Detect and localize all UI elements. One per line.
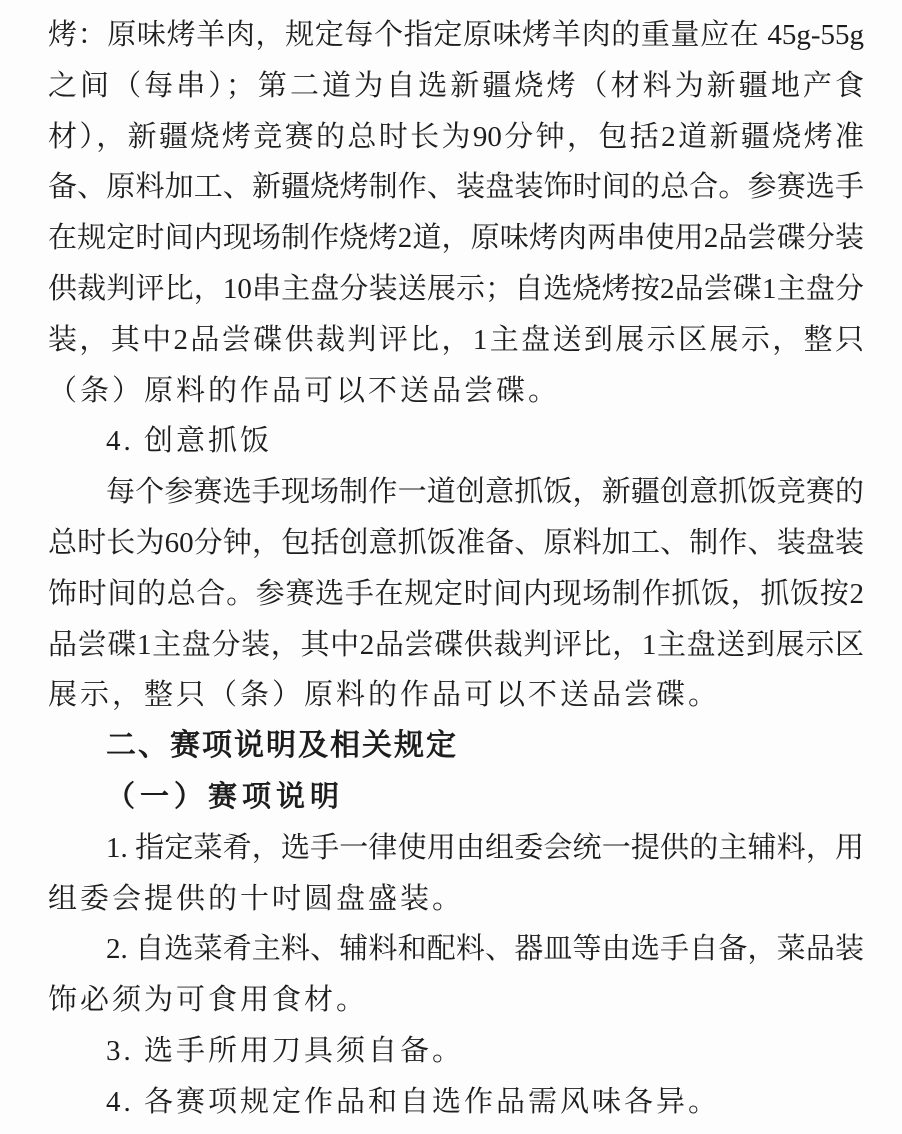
doc-line-20: 饰必须为可食用食材。 <box>48 975 864 1026</box>
doc-line-11: 总时长为60分钟，包括创意抓饭准备、原料加工、制作、装盘装 <box>48 518 864 569</box>
doc-line-8: （条）原料的作品可以不送品尝碟。 <box>48 366 864 417</box>
list-item-4-creative-pilaf: 4. 创意抓饭 <box>48 416 864 467</box>
doc-line-12: 饰时间的总合。参赛选手在规定时间内现场制作抓饭，抓饭按2 <box>48 569 864 620</box>
doc-line-13: 品尝碟1主盘分装，其中2品尝碟供裁判评比，1主盘送到展示区 <box>48 620 864 671</box>
list-item-3-knives: 3. 选手所用刀具须自备。 <box>48 1026 864 1077</box>
doc-line-5: 在规定时间内现场制作烧烤2道，原味烤肉两串使用2品尝碟分装 <box>48 213 864 264</box>
list-item-4-flavors: 4. 各赛项规定作品和自选作品需风味各异。 <box>48 1077 864 1128</box>
section-heading: 二、赛项说明及相关规定 <box>48 721 864 772</box>
doc-line-4: 备、原料加工、新疆烧烤制作、装盘装饰时间的总合。参赛选手 <box>48 162 864 213</box>
doc-line-7: 装，其中2品尝碟供裁判评比，1主盘送到展示区展示，整只 <box>48 315 864 366</box>
doc-line-10: 每个参赛选手现场制作一道创意抓饭，新疆创意抓饭竞赛的 <box>48 467 864 518</box>
doc-line-14: 展示，整只（条）原料的作品可以不送品尝碟。 <box>48 670 864 721</box>
doc-line-6: 供裁判评比，10串主盘分装送展示；自选烧烤按2品尝碟1主盘分 <box>48 264 864 315</box>
subsection-heading: （一）赛项说明 <box>48 772 864 823</box>
doc-line-1: 烤：原味烤羊肉，规定每个指定原味烤羊肉的重量应在 45g-55g <box>48 10 864 61</box>
doc-line-17: 1. 指定菜肴，选手一律使用由组委会统一提供的主辅料，用 <box>48 823 864 874</box>
doc-line-3: 材），新疆烧烤竞赛的总时长为90分钟，包括2道新疆烧烤准 <box>48 112 864 163</box>
doc-line-2: 之间（每串）；第二道为自选新疆烧烤（材料为新疆地产食 <box>48 61 864 112</box>
document-page: 烤：原味烤羊肉，规定每个指定原味烤羊肉的重量应在 45g-55g 之间（每串）；… <box>0 0 902 1134</box>
doc-line-19: 2. 自选菜肴主料、辅料和配料、器皿等由选手自备，菜品装 <box>48 924 864 975</box>
doc-line-18: 组委会提供的十吋圆盘盛装。 <box>48 874 864 925</box>
